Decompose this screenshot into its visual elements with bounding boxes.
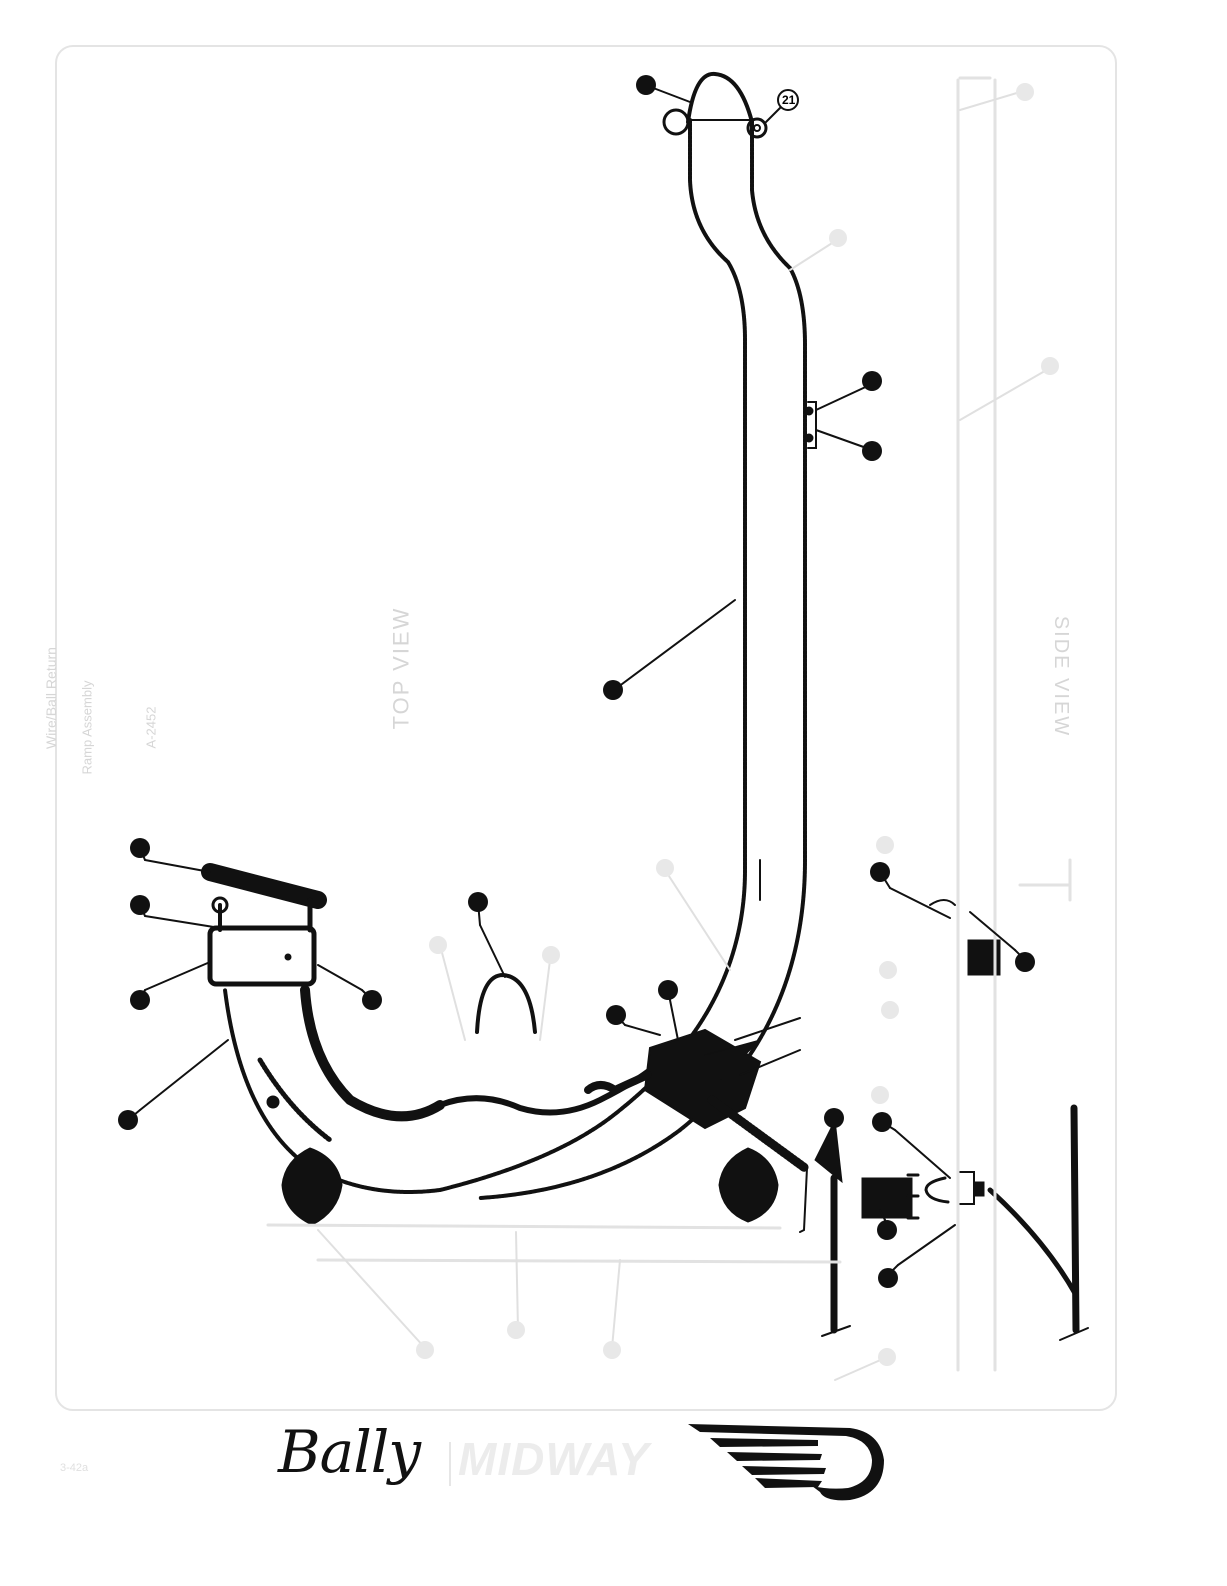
diagram-title-line-2: Ramp Assembly [79, 681, 94, 775]
side-wire-curve [990, 1190, 1076, 1295]
logo-divider [449, 1442, 451, 1486]
callout-21-number: 21 [782, 93, 795, 107]
side-view-label: SIDE VIEW [1049, 616, 1072, 737]
bally-logo: Bally [278, 1418, 420, 1486]
drain-cup-left [282, 1148, 342, 1225]
wire-ramp-diagram [0, 0, 1227, 1586]
part-number: A-2452 [143, 707, 158, 749]
page-number: 3-42a [60, 1462, 88, 1474]
ramp-end-cap [688, 74, 752, 122]
top-view-label: TOP VIEW [388, 607, 414, 730]
switch-box [862, 1178, 912, 1218]
gate-bracket [210, 928, 314, 984]
ramp-rail-outer [225, 120, 745, 1192]
ramp-rail-outer-right [480, 120, 805, 1198]
mount-tab-left [664, 110, 688, 134]
midway-logo: MIDWAY [458, 1432, 650, 1486]
diagram-title-line-1: Wire/Ball Return [43, 647, 59, 749]
ball-guide-arch [477, 975, 535, 1032]
lamp-socket [926, 1178, 948, 1202]
drain-cup-right [719, 1148, 778, 1222]
post-flag-bracket [815, 1120, 842, 1182]
roller-bar [210, 872, 318, 900]
winged-circle-emblem [688, 1424, 884, 1500]
